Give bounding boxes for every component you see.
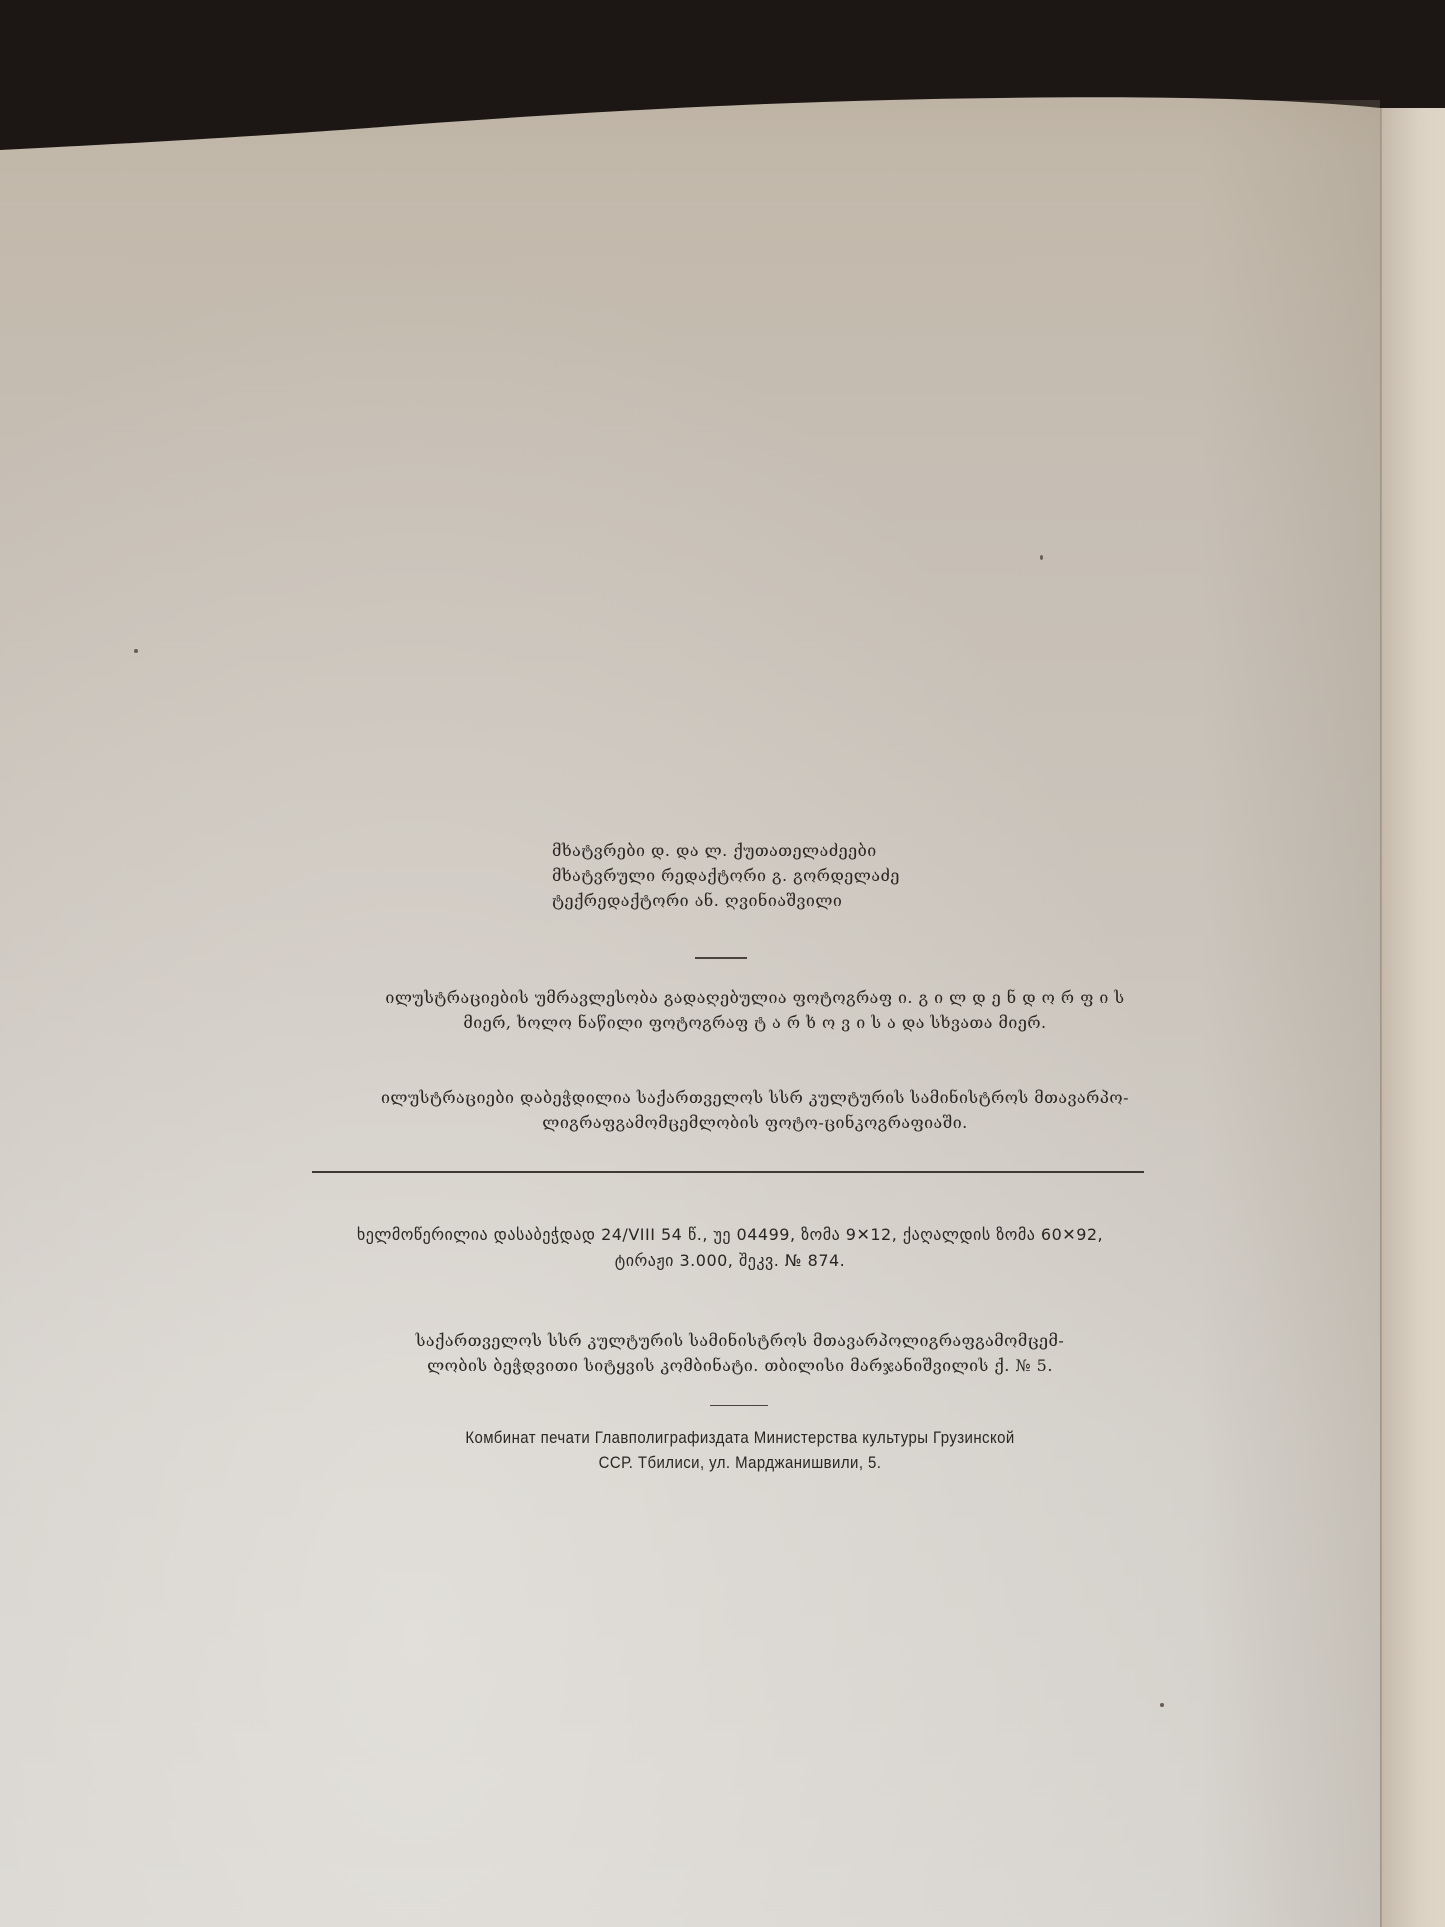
next-page-edge — [1382, 108, 1445, 1927]
credits-block: მხატვრები დ. და ლ. ქუთათელაძეები მხატვრუ… — [540, 838, 940, 913]
credit-line: მხატვრები დ. და ლ. ქუთათელაძეები — [540, 838, 940, 863]
paper-speck — [134, 649, 138, 653]
book-page — [0, 0, 1380, 1927]
paper-speck — [1040, 555, 1043, 560]
combine-line: საქართველოს სსრ კულტურის სამინისტროს მთა… — [400, 1328, 1080, 1353]
publication-info: ხელმოწერილია დასაბეჭდად 24/VIII 54 წ., უ… — [300, 1222, 1160, 1274]
credit-line: ტექრედაქტორი ან. ღვინიაშვილი — [540, 888, 940, 913]
short-divider — [710, 1405, 768, 1406]
pub-line: ტირაჟი 3.000, შეკვ. № 874. — [300, 1248, 1160, 1274]
short-divider — [695, 957, 747, 959]
long-divider — [312, 1171, 1144, 1173]
photo-credits-note: ილუსტრაციების უმრავლესობა გადაღებულია ფო… — [360, 985, 1150, 1035]
printing-combine-russian: Комбинат печати Главполиграфиздата Минис… — [360, 1425, 1120, 1475]
paper-speck — [1160, 1703, 1164, 1707]
note-line: მიერ, ხოლო ნაწილი ფოტოგრაფ ტ ა რ ხ ო ვ ი… — [360, 1010, 1150, 1035]
pub-line: ხელმოწერილია დასაბეჭდად 24/VIII 54 წ., უ… — [300, 1222, 1160, 1248]
combine-line: ლობის ბეჭდვითი სიტყვის კომბინატი. თბილის… — [400, 1353, 1080, 1378]
printing-combine-georgian: საქართველოს სსრ კულტურის სამინისტროს მთა… — [400, 1328, 1080, 1378]
note-line: ილუსტრაციები დაბეჭდილია საქართველოს სსრ … — [360, 1085, 1150, 1110]
printing-note: ილუსტრაციები დაბეჭდილია საქართველოს სსრ … — [360, 1085, 1150, 1135]
credit-line: მხატვრული რედაქტორი გ. გორდელაძე — [540, 863, 940, 888]
combine-line: Комбинат печати Главполиграфиздата Минис… — [406, 1425, 1075, 1450]
note-line: ლიგრაფგამომცემლობის ფოტო-ცინკოგრაფიაში. — [360, 1110, 1150, 1135]
note-line: ილუსტრაციების უმრავლესობა გადაღებულია ფო… — [360, 985, 1150, 1010]
combine-line: ССР. Тбилиси, ул. Марджанишвили, 5. — [406, 1450, 1075, 1475]
page-shading — [1200, 100, 1380, 1927]
